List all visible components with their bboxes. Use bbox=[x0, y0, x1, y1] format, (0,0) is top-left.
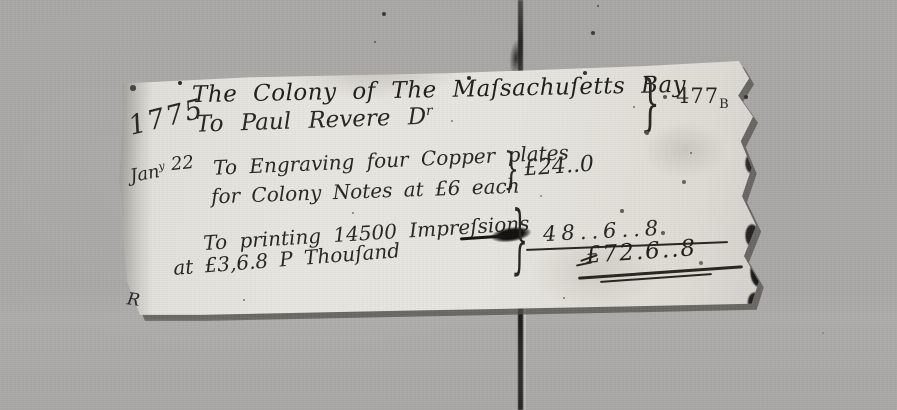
entry-date-day: 22 bbox=[170, 154, 195, 174]
entry1-amount: £24..0 bbox=[523, 154, 594, 181]
page-number-digits: 477 bbox=[676, 84, 719, 108]
photograph-of-manuscript: 1775 The Colony of The Maſsachuſetts Bay… bbox=[0, 0, 897, 410]
entry2-brace: } bbox=[511, 203, 528, 280]
spine-page-edge-highlight bbox=[524, 300, 526, 410]
paper-left-fold-shading bbox=[118, 60, 152, 318]
debtor-superscript: r bbox=[426, 103, 433, 119]
page-number-letter: B bbox=[719, 97, 730, 112]
corner-paraph-mark: R bbox=[126, 291, 141, 310]
dust-specks bbox=[0, 0, 2, 2]
page-number: 477B bbox=[676, 86, 730, 111]
header-brace: } bbox=[640, 74, 660, 136]
